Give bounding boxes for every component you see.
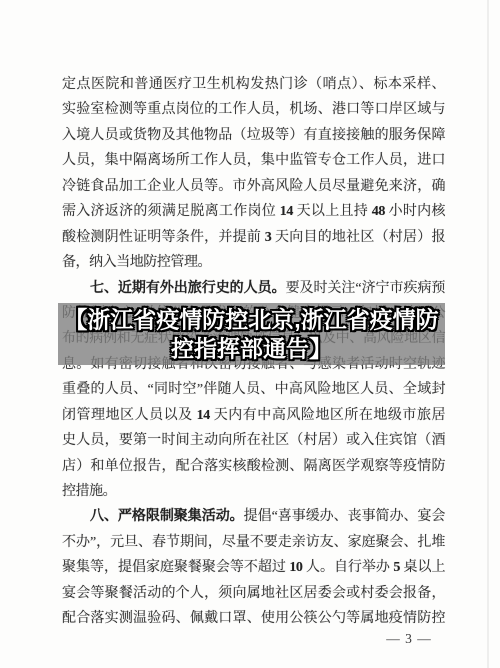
- doc-text-bold-segment: 14: [280, 204, 293, 219]
- doc-line: 史人员，要第一时间主动向所在社区（村居）或入住宾馆（酒: [62, 428, 445, 453]
- doc-text-segment: 宴会等聚餐活动的个人，须向属地社区居委会或村委会报备，: [62, 586, 445, 601]
- scan-crease-line: [487, 0, 489, 668]
- doc-text-segment: 人员，集中隔离场所工作人员，集中监管专仓工作人员，进口: [62, 153, 445, 168]
- doc-line: 定点医院和普通医疗卫生机构发热门诊（哨点）、标本采样、: [62, 72, 445, 97]
- doc-line: 七、近期有外出旅行史的人员。要及时关注“济宁市疾病预: [62, 276, 445, 301]
- doc-line: 需入济返济的须满足脱离工作岗位 14 天以上且持 48 小时内核: [62, 199, 445, 224]
- doc-line: 冷链食品加工企业人员等。市外高风险人员尽量避免来济，确: [62, 174, 445, 199]
- doc-text-bold-segment: 14: [197, 408, 210, 423]
- doc-text-segment: 要及时关注“济宁市疾病预: [286, 281, 445, 296]
- page-number: — 3 —: [378, 631, 440, 647]
- doc-text-segment: 史人员，要第一时间主动向所在社区（村居）或入住宾馆（酒: [62, 433, 445, 448]
- doc-text-segment: 实验室检测等重点岗位的工作人员，机场、港口等口岸区域与: [62, 102, 445, 117]
- doc-text-segment: 不办”，元旦、春节期间，尽量不要走亲访友、家庭聚会、扎堆: [62, 535, 445, 550]
- doc-text-bold-segment: 七、近期有外出旅行史的人员。: [90, 281, 286, 296]
- doc-text-segment: 需入济返济的须满足脱离工作岗位: [62, 204, 280, 219]
- doc-line: 入境人员或货物及其他物品（垃圾等）有直接接触的服务保障: [62, 123, 445, 148]
- doc-text-segment: 聚集等，提倡家庭聚餐聚会等不超过: [62, 560, 289, 575]
- doc-text-segment: 入境人员或货物及其他物品（垃圾等）有直接接触的服务保障: [62, 128, 445, 143]
- doc-text-segment: 冷链食品加工企业人员等。市外高风险人员尽量避免来济，确: [62, 179, 445, 194]
- caption-title-line2: 控指挥部通告】: [48, 334, 455, 363]
- doc-line: 宴会等聚餐活动的个人，须向属地社区居委会或村委会报备，: [62, 581, 445, 606]
- doc-text-segment: 酸检测阴性证明等条件，并提前: [62, 230, 265, 245]
- doc-line: 重叠的人员、“同时空”伴随人员、中高风险地区人员、全域封: [62, 377, 445, 402]
- doc-line: 备，纳入当地防控管理。: [62, 250, 445, 275]
- doc-line: 酸检测阴性证明等条件，并提前 3 天向目的地社区（村居）报: [62, 225, 445, 250]
- doc-text-segment: 店）和单位报告，配合落实核酸检测、隔离医学观察等疫情防: [62, 459, 445, 474]
- caption-overlay: 【浙江省疫情防控北京,浙江省疫情防 控指挥部通告】: [58, 303, 445, 365]
- doc-text-segment: 控措施。: [62, 484, 116, 499]
- doc-line: 实验室检测等重点岗位的工作人员，机场、港口等口岸区域与: [62, 97, 445, 122]
- doc-text-segment: 小时内核: [385, 204, 445, 219]
- doc-line: 控措施。: [62, 479, 445, 504]
- doc-text-segment: 人。自行举办: [302, 560, 393, 575]
- doc-line: 闭管理地区人员以及 14 天内有中高风险地区所在地级市旅居: [62, 403, 445, 428]
- scanned-document-page: 定点医院和普通医疗卫生机构发热门诊（哨点）、标本采样、实验室检测等重点岗位的工作…: [0, 0, 500, 668]
- doc-line: 店）和单位报告，配合落实核酸检测、隔离医学观察等疫情防: [62, 454, 445, 479]
- doc-text-segment: 备，纳入当地防控管理。: [62, 255, 211, 270]
- doc-text-bold-segment: 48: [372, 204, 385, 219]
- doc-text-segment: 天以上且持: [293, 204, 372, 219]
- doc-text-segment: 天内有中高风险地区所在地级市旅居: [210, 408, 445, 423]
- doc-line: 聚集等，提倡家庭聚餐聚会等不超过 10 人。自行举办 5 桌以上: [62, 555, 445, 580]
- doc-text-bold-segment: 八、严格限制聚集活动。: [90, 509, 244, 524]
- doc-line: 不办”，元旦、春节期间，尽量不要走亲访友、家庭聚会、扎堆: [62, 530, 445, 555]
- doc-text-segment: 提倡“喜事缓办、丧事简办、宴会: [244, 509, 445, 524]
- doc-text-segment: 桌以上: [400, 560, 445, 575]
- doc-line: 人员，集中隔离场所工作人员，集中监管专仓工作人员，进口: [62, 148, 445, 173]
- doc-text-segment: 配合落实测温验码、佩戴口罩、使用公筷公勺等属地疫情防控: [62, 611, 445, 626]
- doc-line: 八、严格限制聚集活动。提倡“喜事缓办、丧事简办、宴会: [62, 504, 445, 529]
- caption-overlay-title: 【浙江省疫情防控北京,浙江省疫情防 控指挥部通告】: [48, 306, 455, 363]
- doc-text-segment: 天向目的地社区（村居）报: [271, 230, 445, 245]
- doc-text-segment: 闭管理地区人员以及: [62, 408, 197, 423]
- doc-line: 配合落实测温验码、佩戴口罩、使用公筷公勺等属地疫情防控: [62, 606, 445, 631]
- doc-text-segment: 定点医院和普通医疗卫生机构发热门诊（哨点）、标本采样、: [62, 77, 445, 92]
- doc-text-bold-segment: 10: [289, 560, 302, 575]
- doc-text-segment: 重叠的人员、“同时空”伴随人员、中高风险地区人员、全域封: [62, 382, 445, 397]
- caption-title-line1: 【浙江省疫情防控北京,浙江省疫情防: [48, 306, 455, 335]
